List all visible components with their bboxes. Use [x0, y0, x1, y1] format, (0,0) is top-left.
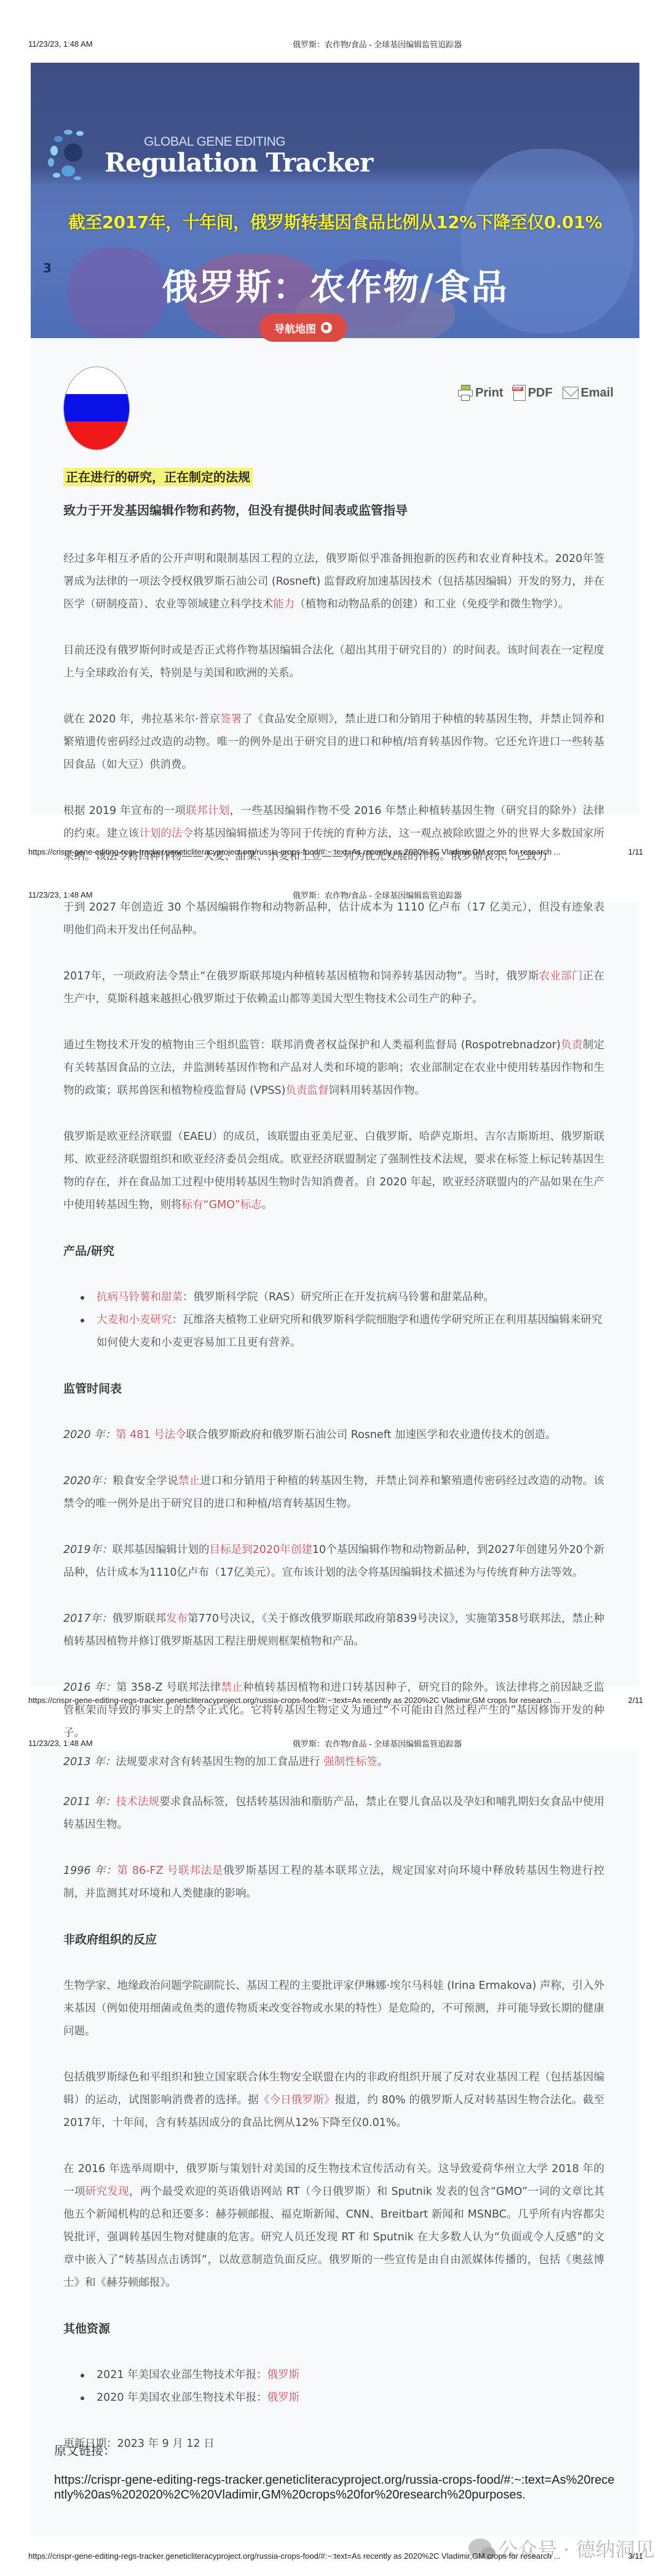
logo-name: Regulation Tracker	[105, 149, 373, 176]
link-technical-regulation[interactable]: 技术法规	[116, 1796, 160, 1808]
text: 联邦基因编辑计划的	[113, 1544, 210, 1556]
globe-icon	[321, 322, 332, 333]
section-heading-ngo: 非政府组织的反应	[63, 1929, 604, 1951]
list-item: 2021 年美国农业部生物技术年报：俄罗斯	[81, 2364, 604, 2387]
timeline-year: 2013 年：	[63, 1756, 116, 1768]
updated-date: 更新日期：2023 年 9 月 12 日	[63, 2433, 604, 2455]
print-page-title: 俄罗斯：农作物/食品 - 全球基因编辑监管追踪器	[293, 38, 643, 50]
products-list: 抗病马铃薯和甜菜：俄罗斯科学院（RAS）研究所正在开发抗病马铃薯和甜菜品种。 大…	[81, 1286, 604, 1354]
text: 第 358-Z 号联邦法律	[116, 1681, 221, 1694]
link-decree[interactable]: 第 481 号法令	[116, 1429, 186, 1441]
status-badge: 正在进行的研究，正在制定的法规	[63, 468, 253, 486]
timeline-entry: 2017年：俄罗斯联邦发布第770号决议，《关于修改俄罗斯联邦政府第839号决议…	[63, 1608, 604, 1653]
link-study[interactable]: 研究发现	[85, 2186, 129, 2198]
resources-list: 2021 年美国农业部生物技术年报：俄罗斯 2020 年美国农业部生物技术年报：…	[81, 2364, 604, 2409]
paragraph-regulators: 通过生物技术开发的植物由三个组织监管：联邦消费者权益保护和人类福利监督局 (Ro…	[63, 1034, 604, 1102]
link-signed[interactable]: 签署	[220, 713, 242, 725]
timeline-year: 2016 年：	[63, 1681, 116, 1694]
print-footer-url: https://crispr-gene-editing-regs-tracker…	[28, 2551, 561, 2561]
paragraph-ngo-campaign: 包括俄罗斯绿色和平组织和独立国家联合体生物安全联盟在内的非政府组织开展了反对农业…	[63, 2066, 604, 2135]
paragraph-timeline: 目前还没有俄罗斯何时或是否正式将作物基因编辑合法化（超出其用于研究目的）的时间表…	[63, 639, 604, 685]
text: ：瓦维洛夫植物工业研究所和俄罗斯科学院细胞学和遗传学研究所正在利用基因编辑来研究…	[97, 1314, 603, 1349]
text: 联合俄罗斯政府和俄罗斯石油公司 Rosneft 加速医学和农业遗传技术的创造。	[186, 1429, 556, 1441]
envelope-icon	[563, 387, 579, 399]
print-footer: https://crispr-gene-editing-regs-tracker…	[28, 847, 643, 856]
link-product[interactable]: 大麦和小麦研究	[97, 1314, 172, 1326]
paragraph-eaeu: 俄罗斯是欧亚经济联盟（EAEU）的成员，该联盟由亚美尼亚、白俄罗斯、哈萨克斯坦、…	[63, 1126, 604, 1217]
text: ，两个最受欢迎的英语俄语网站 RT（今日俄罗斯）和 Sputnik 发表的包含“…	[63, 2186, 604, 2289]
section-heading-products: 产品/研究	[63, 1240, 604, 1263]
timeline-entry: 2020 年：第 481 号法令联合俄罗斯政府和俄罗斯石油公司 Rosneft …	[63, 1424, 604, 1447]
article-body-page-2: 于到 2027 年创造近 30 个基因编辑作物和动物新品种，估计成本为 1110…	[63, 896, 604, 1768]
pdf-icon	[513, 385, 526, 401]
site-logo[interactable]: GLOBAL GENE EDITING Regulation Tracker	[45, 127, 373, 184]
link-ban[interactable]: 禁止	[178, 1475, 200, 1487]
paragraph-propaganda: 在 2016 年选举周期中，俄罗斯与策划针对美国的反生物技术宣传活动有关。这导致…	[63, 2158, 604, 2294]
original-link-url[interactable]: https://crispr-gene-editing-regs-tracker…	[54, 2473, 620, 2502]
text: 。	[262, 1199, 273, 1211]
page-number: 2/11	[628, 1696, 643, 1705]
print-footer-url: https://crispr-gene-editing-regs-tracker…	[28, 847, 561, 856]
link-product[interactable]: 抗病马铃薯和甜菜	[97, 1291, 183, 1303]
share-toolbar: Print PDF Email	[458, 385, 614, 401]
timeline-entry: 2013 年：法规要求对含有转基因生物的加工食品进行 强制性标签。	[63, 1751, 604, 1774]
print-page-title: 俄罗斯：农作物/食品 - 全球基因编辑监管追踪器	[293, 1737, 643, 1749]
print-footer: https://crispr-gene-editing-regs-tracker…	[28, 1696, 643, 1705]
timeline-year: 2011 年：	[63, 1796, 116, 1808]
link-russia-today[interactable]: 《今日俄罗斯》	[259, 2094, 335, 2106]
print-date: 11/23/23, 1:48 AM	[28, 39, 293, 49]
text: 俄罗斯是欧亚经济联盟（EAEU）的成员，该联盟由亚美尼亚、白俄罗斯、哈萨克斯坦、…	[63, 1131, 604, 1211]
list-item: 2020 年美国农业部生物技术年报：俄罗斯	[81, 2387, 604, 2409]
pdf-label: PDF	[528, 386, 553, 400]
text: 根据 2019 年宣布的一项	[63, 805, 186, 817]
timeline-entry: 1996 年：第 86-FZ 号联邦法是俄罗斯基因工程的基本联邦立法，规定国家对…	[63, 1860, 604, 1905]
print-date: 11/23/23, 1:48 AM	[28, 1739, 293, 1748]
link-responsible[interactable]: 负责	[561, 1039, 583, 1051]
timeline-entry: 2019年：联邦基因编辑计划的目标是到2020年创建10个基因编辑作物和动物新品…	[63, 1539, 604, 1584]
page-number: 1/11	[628, 847, 643, 856]
printer-icon	[458, 385, 473, 401]
timeline-year: 2020 年：	[63, 1429, 116, 1441]
timeline-entry: 2016 年：第 358-Z 号联邦法律禁止种植转基因植物和进口转基因种子，研究…	[63, 1677, 604, 1745]
page-number: 3/11	[628, 2551, 643, 2561]
link-federal-law[interactable]: 第 86-FZ 号联邦法是	[117, 1865, 223, 1877]
text: 。	[377, 1756, 389, 1768]
paragraph-federal-plan: 根据 2019 年宣布的一项联邦计划，一些基因编辑作物不受 2016 年禁止种植…	[63, 800, 604, 867]
email-label: Email	[581, 386, 614, 400]
section-heading-resources: 其他资源	[63, 2318, 604, 2341]
russia-flag-icon	[63, 366, 130, 450]
link-capability[interactable]: 能力	[273, 598, 294, 610]
status-subtitle: 致力于开发基因编辑作物和药物，但没有提供时间表或监管指导	[63, 501, 604, 520]
print-header: 11/23/23, 1:48 AM 俄罗斯：农作物/食品 - 全球基因编辑监管追…	[28, 1737, 643, 1749]
text: （植物和动物品系的创建）和工业（免疫学和微生物学）。	[294, 598, 569, 610]
timeline-year: 2019年：	[63, 1544, 113, 1556]
text: 2020 年美国农业部生物技术年报：	[97, 2392, 267, 2404]
link-resource[interactable]: 俄罗斯	[267, 2369, 300, 2381]
navigation-map-button[interactable]: 导航地图	[259, 314, 347, 342]
article-body-page-1: 正在进行的研究，正在制定的法规 致力于开发基因编辑作物和药物，但没有提供时间表或…	[63, 467, 604, 891]
link-ban[interactable]: 禁止	[221, 1681, 243, 1694]
text: 通过生物技术开发的植物由三个组织监管：联邦消费者权益保护和人类福利监督局 (Ro…	[63, 1039, 561, 1051]
link-mandatory-label[interactable]: 强制性标签	[323, 1756, 377, 1768]
paragraph-ermakova: 生物学家、地缘政治问题学院副院长、基因工程的主要批评家伊琳娜·埃尔马科娃 (Ir…	[63, 1975, 604, 2043]
timeline-year: 1996 年：	[63, 1865, 117, 1877]
text: 法规要求对含有转基因生物的加工食品进行	[116, 1756, 323, 1768]
print-footer: https://crispr-gene-editing-regs-tracker…	[28, 2551, 643, 2561]
pdf-button[interactable]: PDF	[513, 385, 553, 401]
print-button[interactable]: Print	[458, 385, 504, 401]
logo-globe-icon	[45, 127, 102, 184]
article-body-page-3: 2013 年：法规要求对含有转基因生物的加工食品进行 强制性标签。 2011 年…	[63, 1751, 604, 2479]
email-button[interactable]: Email	[563, 386, 614, 400]
text: 粮食安全学说	[113, 1475, 178, 1487]
print-header: 11/23/23, 1:48 AM 俄罗斯：农作物/食品 - 全球基因编辑监管追…	[28, 38, 643, 50]
link-responsible-oversight[interactable]: 负责监督	[285, 1085, 328, 1097]
text: ：俄罗斯科学院（RAS）研究所正在开发抗病马铃薯和甜菜品种。	[183, 1291, 494, 1303]
page-title: 俄罗斯：农作物/食品	[31, 258, 639, 310]
paragraph-2017-decree: 2017年，一项政府法令禁止“在俄罗斯联邦境内种植转基因植物和饲养转基因动物”。…	[63, 965, 604, 1011]
print-footer-url: https://crispr-gene-editing-regs-tracker…	[28, 1696, 561, 1705]
link-gmo-label[interactable]: 标有“GMO”标志	[182, 1199, 262, 1211]
timeline-year: 2020年：	[63, 1475, 113, 1487]
paragraph-intro: 经过多年相互矛盾的公开声明和限制基因工程的立法，俄罗斯似乎准备拥抱新的医药和农业…	[63, 548, 604, 616]
link-goal[interactable]: 目标是到2020年创建	[210, 1544, 312, 1556]
navigation-map-label: 导航地图	[274, 320, 316, 336]
link-plan-decree[interactable]: 计划的法令	[139, 828, 193, 840]
print-label: Print	[475, 386, 504, 400]
link-federal-plan[interactable]: 联邦计划	[186, 805, 229, 817]
list-item: 大麦和小麦研究：瓦维洛夫植物工业研究所和俄罗斯科学院细胞学和遗传学研究所正在利用…	[81, 1309, 604, 1354]
section-heading-timeline: 监管时间表	[63, 1378, 604, 1401]
original-link-label: 原文链接：	[54, 2441, 116, 2459]
text: 饲料用转基因作物。	[328, 1085, 425, 1097]
text: 就在 2020 年，弗拉基米尔·普京	[63, 713, 220, 725]
timeline-year: 2017年：	[63, 1613, 113, 1625]
list-item: 抗病马铃薯和甜菜：俄罗斯科学院（RAS）研究所正在开发抗病马铃薯和甜菜品种。	[81, 1286, 604, 1309]
text: 2021 年美国农业部生物技术年报：	[97, 2369, 267, 2381]
hero-banner: GLOBAL GENE EDITING Regulation Tracker 截…	[31, 63, 639, 338]
link-published[interactable]: 发布	[166, 1613, 188, 1625]
paragraph-putin: 就在 2020 年，弗拉基米尔·普京签署了《食品安全原则》，禁止进口和分销用于种…	[63, 708, 604, 776]
timeline-entry: 2011 年：技术法规要求食品标签，包括转基因油和脂肪产品，禁止在婴儿食品以及孕…	[63, 1791, 604, 1836]
overlay-headline: 截至2017年，十年间，俄罗斯转基因食品比例从12%下降至仅0.01%	[31, 209, 639, 234]
paragraph-federal-plan-cont: 于到 2027 年创造近 30 个基因编辑作物和动物新品种，估计成本为 1110…	[63, 896, 604, 942]
text: 2017年，一项政府法令禁止“在俄罗斯联邦境内种植转基因植物和饲养转基因动物”。…	[63, 970, 539, 982]
link-agriculture-sector[interactable]: 农业部门	[539, 970, 583, 982]
text: 俄罗斯联邦	[113, 1613, 167, 1625]
timeline-entry: 2020年：粮食安全学说禁止进口和分销用于种植的转基因生物，并禁止饲养和繁殖遗传…	[63, 1470, 604, 1515]
link-resource[interactable]: 俄罗斯	[267, 2392, 300, 2404]
